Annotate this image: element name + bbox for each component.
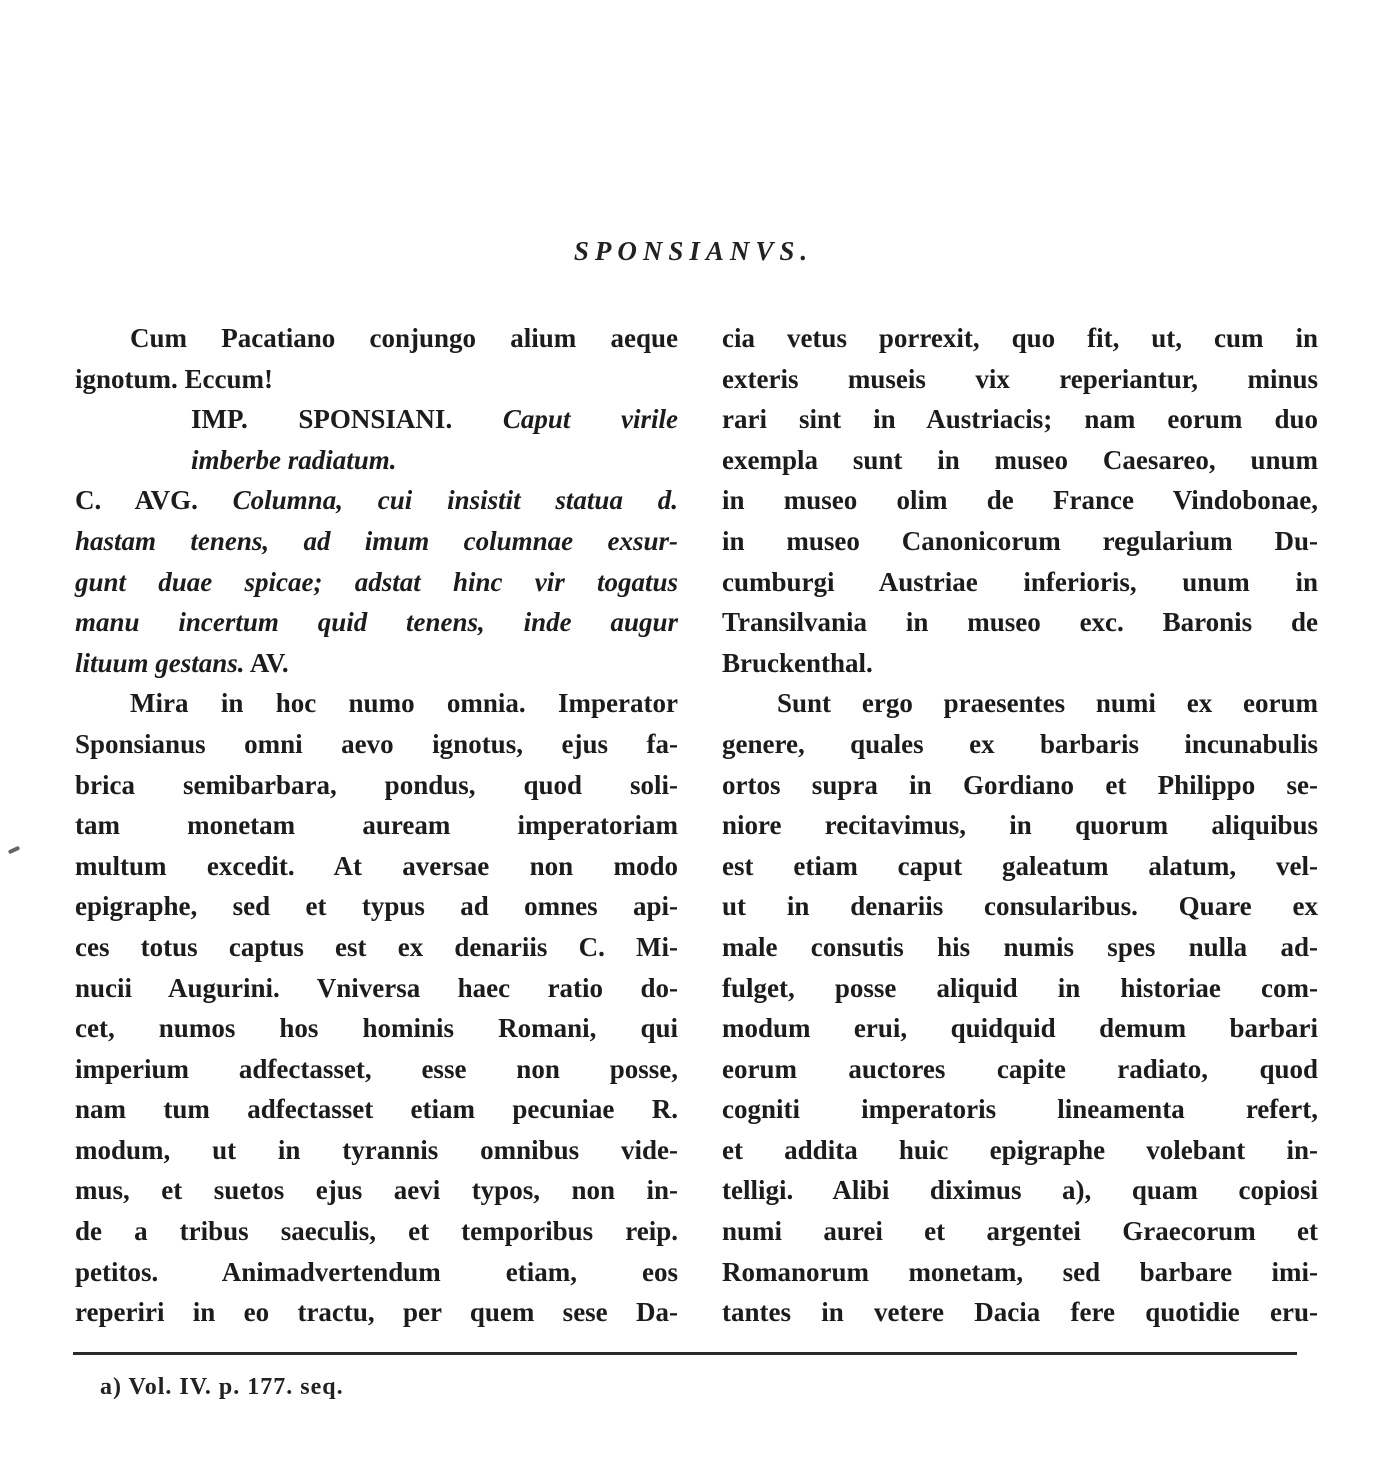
- text-line: male consutis his numis spes nulla ad-: [722, 927, 1318, 968]
- text-line: eorum auctores capite radiato, quod: [722, 1049, 1318, 1090]
- text-line: exteris museis vix reperiantur, minus: [722, 359, 1318, 400]
- text-line: multum excedit. At aversae non modo: [75, 846, 678, 887]
- footnote-divider: [73, 1352, 1297, 1355]
- reverse-inscription: C. AVG.: [75, 485, 198, 515]
- text-line: niore recitavimus, in quorum aliquibus: [722, 805, 1318, 846]
- reverse-description-end: lituum gestans.: [75, 648, 245, 678]
- text-line: lituum gestans. AV.: [75, 643, 678, 684]
- text-line: hastam tenens, ad imum columnae exsur-: [75, 521, 678, 562]
- page-title: SPONSIANVS.: [0, 236, 1387, 267]
- footnote: a) Vol. IV. p. 177. seq.: [100, 1374, 344, 1401]
- text-line: Romanorum monetam, sed barbare imi-: [722, 1252, 1318, 1293]
- text-line: in museo Canonicorum regularium Du-: [722, 521, 1318, 562]
- scan-speck: [8, 846, 21, 855]
- text-line: cia vetus porrexit, quo fit, ut, cum in: [722, 318, 1318, 359]
- text-line: imberbe radiatum.: [75, 440, 678, 481]
- text-line: cumburgi Austriae inferioris, unum in: [722, 562, 1318, 603]
- coin-reverse-legend: C. AVG. Columna, cui insistit statua d.: [75, 480, 678, 521]
- text-line: Mira in hoc numo omnia. Imperator: [75, 683, 678, 724]
- text-line: cogniti imperatoris lineamenta refert,: [722, 1089, 1318, 1130]
- text-line: numi aurei et argentei Graecorum et: [722, 1211, 1318, 1252]
- right-column: cia vetus porrexit, quo fit, ut, cum in …: [722, 318, 1318, 1333]
- text-line: Transilvania in museo exc. Baronis de: [722, 602, 1318, 643]
- footnote-reference-line: telligi. Alibi diximus a), quam copiosi: [722, 1170, 1318, 1211]
- obverse-inscription: IMP. SPONSIANI.: [191, 404, 452, 434]
- text-line: Sunt ergo praesentes numi ex eorum: [722, 683, 1318, 724]
- text-line: modum, ut in tyrannis omnibus vide-: [75, 1130, 678, 1171]
- text-line: cet, numos hos hominis Romani, qui: [75, 1008, 678, 1049]
- text-line: Sponsianus omni aevo ignotus, ejus fa-: [75, 724, 678, 765]
- text-line: petitos. Animadvertendum etiam, eos: [75, 1252, 678, 1293]
- text-line: genere, quales ex barbaris incunabulis: [722, 724, 1318, 765]
- text-line: tantes in vetere Dacia fere quotidie eru…: [722, 1292, 1318, 1333]
- text-line: et addita huic epigraphe volebant in-: [722, 1130, 1318, 1171]
- text-line: nam tum adfectasset etiam pecuniae R.: [75, 1089, 678, 1130]
- text-line: fulget, posse aliquid in historiae com-: [722, 968, 1318, 1009]
- text-line: est etiam caput galeatum alatum, vel-: [722, 846, 1318, 887]
- coin-obverse-legend: IMP. SPONSIANI. Caput virile: [75, 399, 678, 440]
- text-line: ignotum. Eccum!: [75, 359, 678, 400]
- text-line: nucii Augurini. Vniversa haec ratio do-: [75, 968, 678, 1009]
- text-line: Cum Pacatiano conjungo alium aeque: [75, 318, 678, 359]
- text-line: imperium adfectasset, esse non posse,: [75, 1049, 678, 1090]
- obverse-description: Caput virile: [503, 404, 678, 434]
- text-line: manu incertum quid tenens, inde augur: [75, 602, 678, 643]
- text-line: brica semibarbara, pondus, quod soli-: [75, 765, 678, 806]
- text-line: ut in denariis consularibus. Quare ex: [722, 886, 1318, 927]
- reverse-description: Columna, cui insistit statua d.: [233, 485, 678, 515]
- metal-abbrev: AV.: [250, 648, 289, 678]
- text-line: in museo olim de France Vindobonae,: [722, 480, 1318, 521]
- text-line: rari sint in Austriacis; nam eorum duo: [722, 399, 1318, 440]
- text-line: exempla sunt in museo Caesareo, unum: [722, 440, 1318, 481]
- text-line: de a tribus saeculis, et temporibus reip…: [75, 1211, 678, 1252]
- text-line: Bruckenthal.: [722, 643, 1318, 684]
- text-line: tam monetam auream imperatoriam: [75, 805, 678, 846]
- text-line: reperiri in eo tractu, per quem sese Da-: [75, 1292, 678, 1333]
- text-line: modum erui, quidquid demum barbari: [722, 1008, 1318, 1049]
- left-column: Cum Pacatiano conjungo alium aeque ignot…: [75, 318, 678, 1333]
- text-line: mus, et suetos ejus aevi typos, non in-: [75, 1170, 678, 1211]
- text-line: ces totus captus est ex denariis C. Mi-: [75, 927, 678, 968]
- text-line: epigraphe, sed et typus ad omnes api-: [75, 886, 678, 927]
- text-line: gunt duae spicae; adstat hinc vir togatu…: [75, 562, 678, 603]
- text-line: ortos supra in Gordiano et Philippo se-: [722, 765, 1318, 806]
